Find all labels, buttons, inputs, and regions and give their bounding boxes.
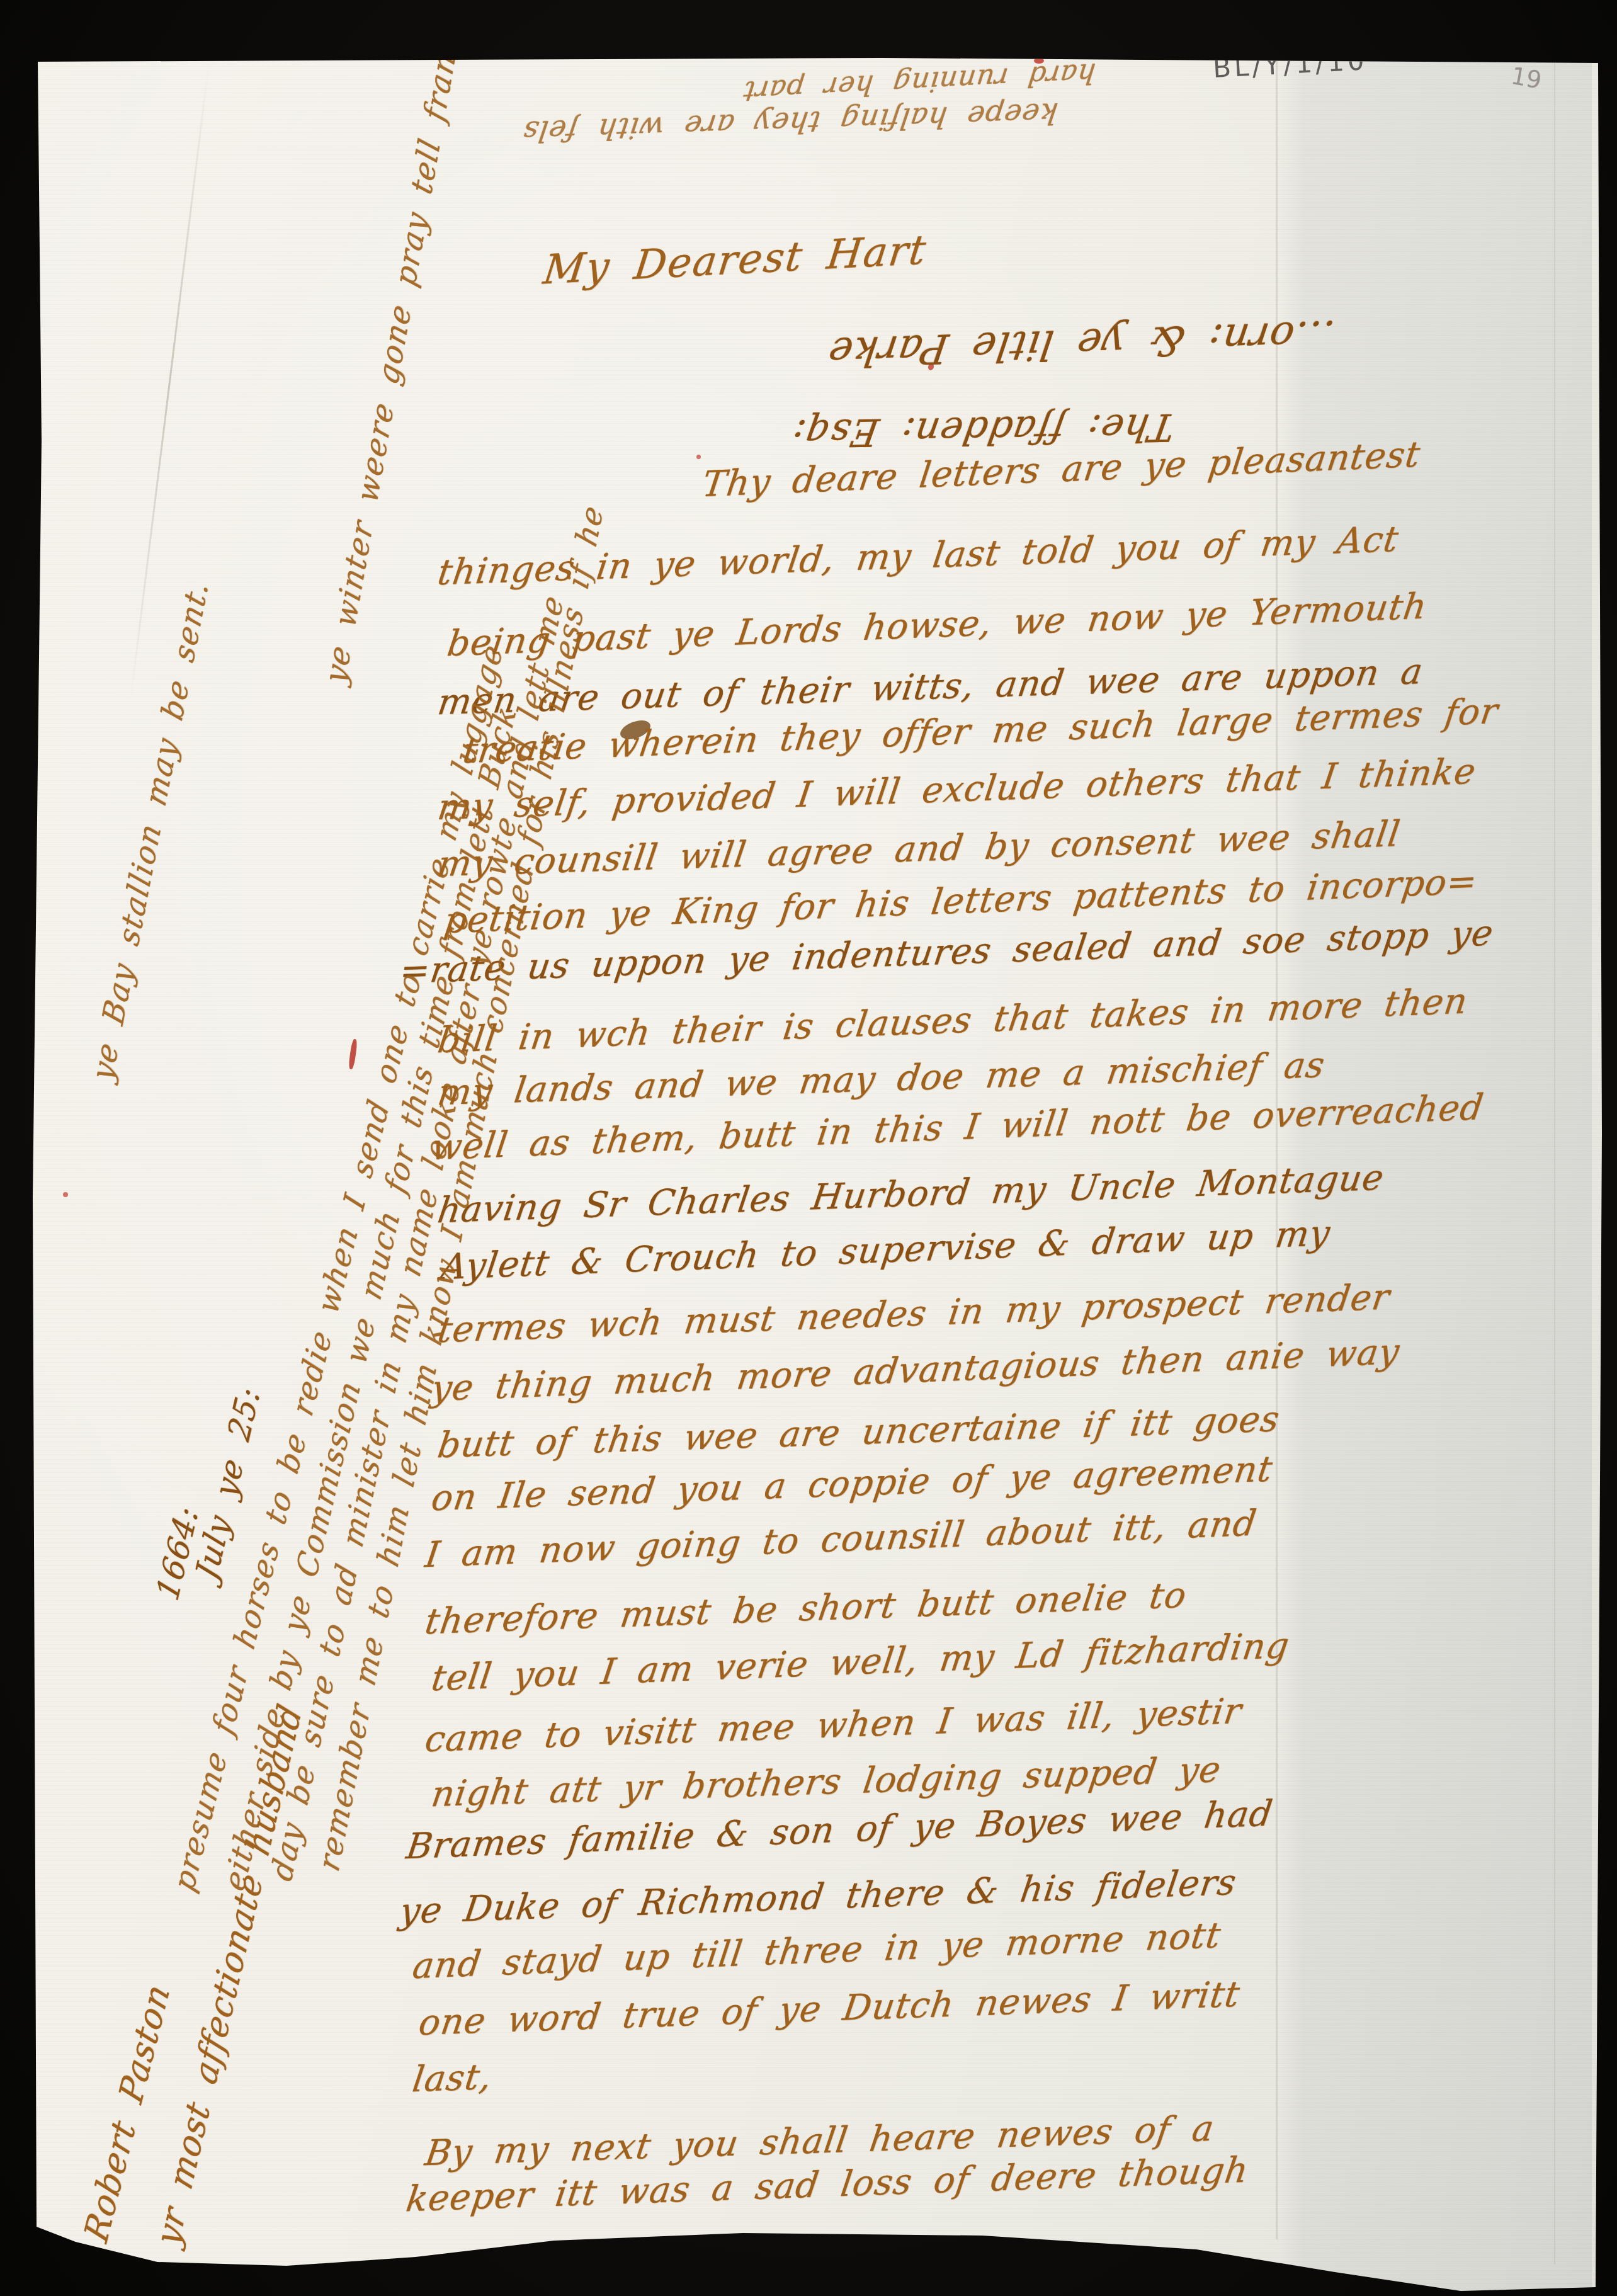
red-seal-speck bbox=[696, 455, 701, 459]
photograph-background: BL/Y/1/10 19 My Dearest Hart Thy deare l… bbox=[0, 0, 1617, 2296]
body-line: came to visitt mee when I was ill, yesti… bbox=[423, 1692, 1244, 1759]
inverted-address-line: The: ffadden: Esq: bbox=[788, 405, 1177, 456]
folio-number: 19 bbox=[1509, 62, 1543, 94]
body-line: last, bbox=[410, 2058, 494, 2100]
signature-line: yr most affectionate husband bbox=[148, 1699, 310, 2251]
body-line: one word true of ye Dutch newes I writt bbox=[416, 1975, 1242, 2042]
paper-fold-line bbox=[1554, 60, 1555, 2265]
red-seal-speck bbox=[348, 1039, 358, 1070]
red-seal-speck bbox=[63, 1192, 68, 1197]
salutation: My Dearest Hart bbox=[541, 227, 929, 293]
inverted-address-line: …orn: & ye litle Parke bbox=[825, 311, 1338, 376]
body-line: therefore must be short butt onelie to bbox=[423, 1576, 1189, 1642]
archival-reference: BL/Y/1/10 bbox=[1212, 45, 1368, 84]
margin-note-line: ye Bay stallion may be sent. bbox=[85, 576, 215, 1086]
letter-paper: BL/Y/1/10 19 My Dearest Hart Thy deare l… bbox=[0, 0, 1617, 2296]
paper-fold-line bbox=[1276, 60, 1278, 2239]
